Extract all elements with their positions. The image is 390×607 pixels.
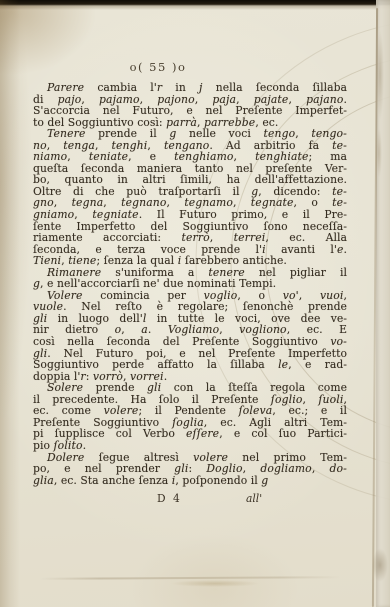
scan-edge-shadow [0,6,390,10]
text-line: gniamo, tegniate. Il Futuro primo, e il … [33,209,347,221]
text-line: glia, ec. Sta anche ſenza i, poſponendo … [33,475,347,487]
gathering-signature: D 4 [157,492,182,505]
signature-line: D 4 all' [33,492,347,505]
catchword: all' [246,492,262,505]
text-line: riamente accorciati: terrò, terrei, ec. … [33,232,347,244]
binding-gutter-shade [0,0,20,607]
fore-edge-strip [376,0,390,607]
text-line: po, e nel prender gli: Doglio, dogliamo,… [33,463,347,475]
paper-stain [170,580,260,587]
text-line: così nella ſeconda del Preſente Soggiunt… [33,336,347,348]
page-number: o( 55 )o [33,60,283,74]
text-block: Parere cambia l'r in j nella ſeconda ſil… [33,82,347,486]
scanned-book-page: o( 55 )o Parere cambia l'r in j nella ſe… [0,0,390,607]
paper-crease [40,576,340,580]
